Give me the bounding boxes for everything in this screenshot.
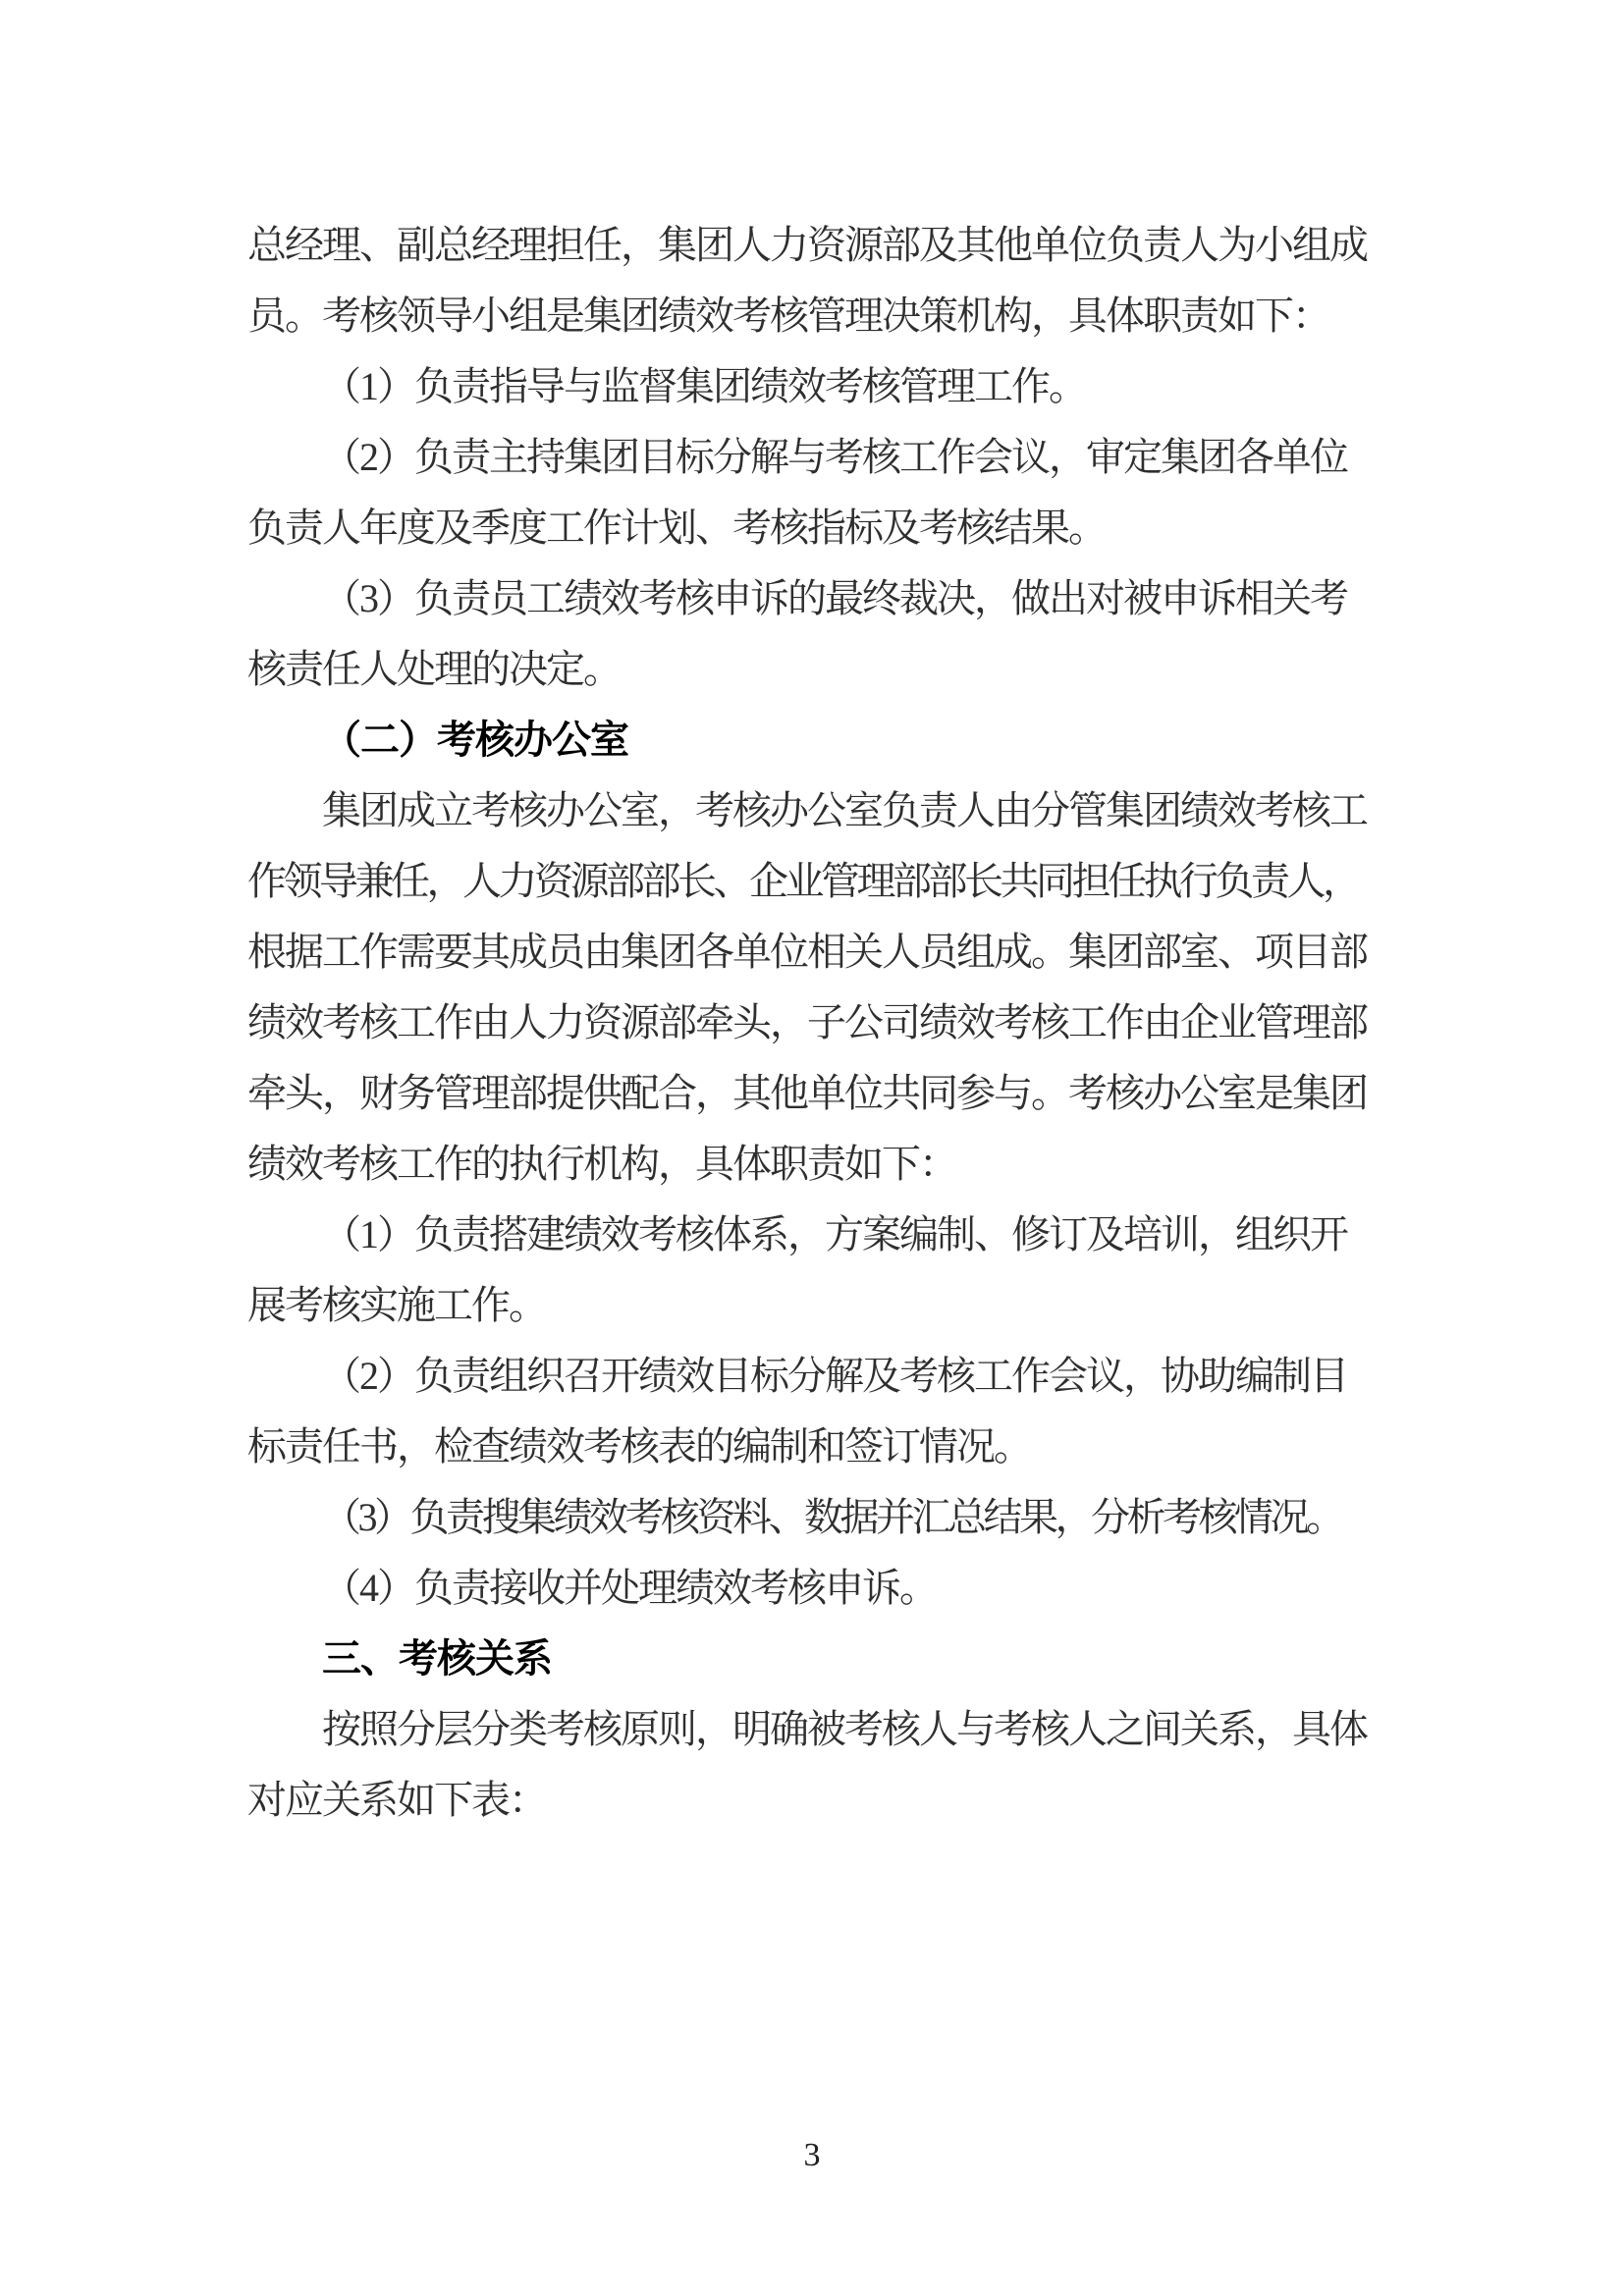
text-block: 总经理、副总经理担任，集团人力资源部及其他单位负责人为小组成 员。考核领导小组是…	[247, 210, 1377, 1836]
list-item-2: （2）负责主持集团目标分解与考核工作会议，审定集团各单位 负责人年度及季度工作计…	[247, 422, 1377, 563]
list-item-3: （3）负责员工绩效考核申诉的最终裁决，做出对被申诉相关考 核责任人处理的决定。	[247, 563, 1377, 705]
text-line: （2）负责组织召开绩效目标分解及考核工作会议，协助编制目	[247, 1341, 1377, 1412]
section-heading-3: 三、考核关系	[247, 1624, 1377, 1694]
text-line: 总经理、副总经理担任，集团人力资源部及其他单位负责人为小组成	[247, 210, 1377, 281]
text-line: （4）负责接收并处理绩效考核申诉。	[247, 1553, 1377, 1624]
text-line: 根据工作需要其成员由集团各单位相关人员组成。集团部室、项目部	[247, 917, 1377, 988]
heading-text: （二）考核办公室	[247, 705, 1377, 775]
list-item-office-2: （2）负责组织召开绩效目标分解及考核工作会议，协助编制目 标责任书，检查绩效考核…	[247, 1341, 1377, 1482]
list-item-office-4: （4）负责接收并处理绩效考核申诉。	[247, 1553, 1377, 1624]
text-line: 员。考核领导小组是集团绩效考核管理决策机构，具体职责如下：	[247, 281, 1377, 351]
text-line: 作领导兼任，人力资源部部长、企业管理部部长共同担任执行负责人，	[247, 846, 1377, 917]
text-line: 对应关系如下表：	[247, 1765, 1377, 1836]
text-line: 绩效考核工作由人力资源部牵头，子公司绩效考核工作由企业管理部	[247, 988, 1377, 1058]
text-line: （1）负责搭建绩效考核体系，方案编制、修订及培训，组织开	[247, 1200, 1377, 1270]
text-line: 核责任人处理的决定。	[247, 634, 1377, 705]
heading-text: 三、考核关系	[247, 1624, 1377, 1694]
text-line: （2）负责主持集团目标分解与考核工作会议，审定集团各单位	[247, 422, 1377, 493]
text-line: 标责任书，检查绩效考核表的编制和签订情况。	[247, 1412, 1377, 1482]
section-heading-2: （二）考核办公室	[247, 705, 1377, 775]
text-line: （3）负责员工绩效考核申诉的最终裁决，做出对被申诉相关考	[247, 563, 1377, 634]
paragraph-office: 集团成立考核办公室，考核办公室负责人由分管集团绩效考核工 作领导兼任，人力资源部…	[247, 775, 1377, 1200]
text-line: 牵头，财务管理部提供配合，其他单位共同参与。考核办公室是集团	[247, 1058, 1377, 1129]
text-line: 按照分层分类考核原则，明确被考核人与考核人之间关系，具体	[247, 1694, 1377, 1765]
document-page: 总经理、副总经理担任，集团人力资源部及其他单位负责人为小组成 员。考核领导小组是…	[0, 0, 1624, 2296]
paragraph-relations: 按照分层分类考核原则，明确被考核人与考核人之间关系，具体 对应关系如下表：	[247, 1694, 1377, 1836]
paragraph-continued: 总经理、副总经理担任，集团人力资源部及其他单位负责人为小组成 员。考核领导小组是…	[247, 210, 1377, 351]
text-line: 绩效考核工作的执行机构，具体职责如下：	[247, 1129, 1377, 1200]
list-item-office-3: （3）负责搜集绩效考核资料、数据并汇总结果，分析考核情况。	[247, 1482, 1377, 1553]
list-item-1: （1）负责指导与监督集团绩效考核管理工作。	[247, 351, 1377, 422]
text-line: 集团成立考核办公室，考核办公室负责人由分管集团绩效考核工	[247, 775, 1377, 846]
text-line: （1）负责指导与监督集团绩效考核管理工作。	[247, 351, 1377, 422]
list-item-office-1: （1）负责搭建绩效考核体系，方案编制、修订及培训，组织开 展考核实施工作。	[247, 1200, 1377, 1341]
text-line: （3）负责搜集绩效考核资料、数据并汇总结果，分析考核情况。	[247, 1482, 1377, 1553]
page-number: 3	[0, 2132, 1624, 2179]
text-line: 负责人年度及季度工作计划、考核指标及考核结果。	[247, 493, 1377, 563]
text-line: 展考核实施工作。	[247, 1270, 1377, 1341]
